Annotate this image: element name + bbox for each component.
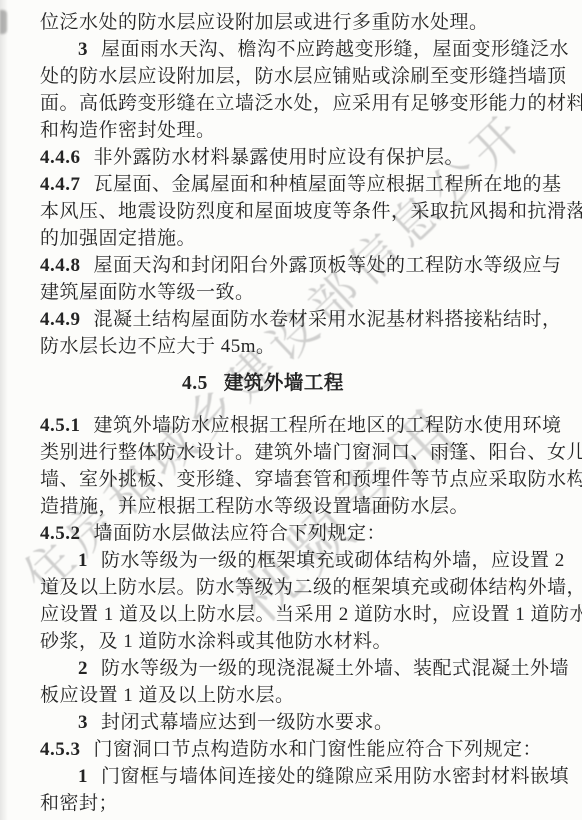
clause-number: 3 <box>78 39 88 60</box>
clause-number: 4.4.7 <box>40 174 81 195</box>
text-line: 的加强固定措施。 <box>40 225 548 252</box>
line-text: 类别进行整体防水设计。建筑外墙门窗洞口、雨篷、阳台、女儿 <box>40 442 582 463</box>
line-text: 面。高低跨变形缝在立墙泛水处，应采用有足够变形能力的材料 <box>40 93 582 114</box>
text-line: 面。高低跨变形缝在立墙泛水处，应采用有足够变形能力的材料 <box>40 90 548 117</box>
line-text: 应设置 1 道及以上防水层。当采用 2 道防水时，应设置 1 道防水 <box>40 604 582 625</box>
line-text: 瓦屋面、金属屋面和种植屋面等应根据工程所在地的基 <box>94 174 562 195</box>
clause-number: 4.5.3 <box>40 739 81 760</box>
scan-edge-smudge <box>0 10 7 34</box>
text-line: 本风压、地震设防烈度和屋面坡度等条件，采取抗风揭和抗滑落 <box>40 198 548 225</box>
clause-number: 4.4.6 <box>40 147 81 168</box>
line-text: 造措施，并应根据工程防水等级设置墙面防水层。 <box>40 496 469 517</box>
text-line: 墙、室外挑板、变形缝、穿墙套管和预埋件等节点应采取防水构 <box>40 466 548 493</box>
clause-number: 1 <box>78 766 88 787</box>
text-line: 防水层长边不应大于 45m。 <box>40 333 548 360</box>
text-line: 道及以上防水层。防水等级为二级的框架填充或砌体结构外墙， <box>40 574 548 601</box>
line-text: 防水等级为一级的框架填充或砌体结构外墙，应设置 2 <box>101 550 565 571</box>
clause-number: 4.5.2 <box>40 523 81 544</box>
line-text: 墙、室外挑板、变形缝、穿墙套管和预埋件等节点应采取防水构 <box>40 469 582 490</box>
section-heading: 4.5建筑外墙工程 <box>40 370 486 397</box>
text-line: 2防水等级为一级的现浇混凝土外墙、装配式混凝土外墙 <box>40 655 548 682</box>
text-line: 和密封； <box>40 790 548 817</box>
line-text: 防水等级为一级的现浇混凝土外墙、装配式混凝土外墙 <box>101 658 569 679</box>
clause-number: 4.4.9 <box>40 309 81 330</box>
scanned-document-page: 住房和城乡建设部信息公开 视频专用 位泛水处的防水层应设附加层或进行多重防水处理… <box>0 0 582 820</box>
line-text: 墙面防水层做法应符合下列规定： <box>94 523 387 544</box>
line-text: 和密封； <box>40 793 118 814</box>
line-text: 和构造作密封处理。 <box>40 120 216 141</box>
clause-number: 4.4.8 <box>40 255 81 276</box>
line-text: 封闭式幕墙应达到一级防水要求。 <box>101 712 394 733</box>
text-line: 4.4.7瓦屋面、金属屋面和种植屋面等应根据工程所在地的基 <box>40 171 548 198</box>
line-text: 门窗洞口节点构造防水和门窗性能应符合下列规定： <box>94 739 543 760</box>
text-line: 4.4.6非外露防水材料暴露使用时应设有保护层。 <box>40 144 548 171</box>
line-text: 屋面天沟和封闭阳台外露顶板等处的工程防水等级应与 <box>94 255 562 276</box>
text-line: 造措施，并应根据工程防水等级设置墙面防水层。 <box>40 493 548 520</box>
line-text: 处的防水层应设附加层，防水层应铺贴或涂刷至变形缝挡墙顶 <box>40 66 567 87</box>
line-text: 道及以上防水层。防水等级为二级的框架填充或砌体结构外墙， <box>40 577 582 598</box>
line-text: 屋面雨水天沟、檐沟不应跨越变形缝，屋面变形缝泛水 <box>101 39 569 60</box>
clause-number: 1 <box>78 550 88 571</box>
text-line: 3封闭式幕墙应达到一级防水要求。 <box>40 709 548 736</box>
text-line: 4.4.9混凝土结构屋面防水卷材采用水泥基材料搭接粘结时， <box>40 306 548 333</box>
clause-number: 4.5.1 <box>40 415 81 436</box>
line-text: 的加强固定措施。 <box>40 228 196 249</box>
line-text: 建筑外墙防水应根据工程所在地区的工程防水使用环境 <box>94 415 562 436</box>
text-line: 板应设置 1 道及以上防水层。 <box>40 682 548 709</box>
text-line: 类别进行整体防水设计。建筑外墙门窗洞口、雨篷、阳台、女儿 <box>40 439 548 466</box>
text-line: 3屋面雨水天沟、檐沟不应跨越变形缝，屋面变形缝泛水 <box>40 36 548 63</box>
scan-edge-shading <box>0 0 8 820</box>
text-line: 4.5.3门窗洞口节点构造防水和门窗性能应符合下列规定： <box>40 736 548 763</box>
line-text: 防水层长边不应大于 45m。 <box>40 336 276 357</box>
line-text: 本风压、地震设防烈度和屋面坡度等条件，采取抗风揭和抗滑落 <box>40 201 582 222</box>
line-text: 建筑屋面防水等级一致。 <box>40 282 255 303</box>
text-line: 1防水等级为一级的框架填充或砌体结构外墙，应设置 2 <box>40 547 548 574</box>
clause-number: 3 <box>78 712 88 733</box>
line-text: 门窗框与墙体间连接处的缝隙应采用防水密封材料嵌填 <box>101 766 569 787</box>
line-text: 板应设置 1 道及以上防水层。 <box>40 685 295 706</box>
text-line: 1门窗框与墙体间连接处的缝隙应采用防水密封材料嵌填 <box>40 763 548 790</box>
text-line: 处的防水层应设附加层，防水层应铺贴或涂刷至变形缝挡墙顶 <box>40 63 548 90</box>
line-text: 混凝土结构屋面防水卷材采用水泥基材料搭接粘结时， <box>94 309 562 330</box>
text-line: 4.5.2墙面防水层做法应符合下列规定： <box>40 520 548 547</box>
line-text: 建筑外墙工程 <box>224 373 344 394</box>
text-line: 应设置 1 道及以上防水层。当采用 2 道防水时，应设置 1 道防水 <box>40 601 548 628</box>
text-line: 4.4.8屋面天沟和封闭阳台外露顶板等处的工程防水等级应与 <box>40 252 548 279</box>
clause-number: 2 <box>78 658 88 679</box>
line-text: 位泛水处的防水层应设附加层或进行多重防水处理。 <box>40 12 489 33</box>
text-line: 4.5.1建筑外墙防水应根据工程所在地区的工程防水使用环境 <box>40 412 548 439</box>
section-number: 4.5 <box>182 373 208 394</box>
line-text: 砂浆，及 1 道防水涂料或其他防水材料。 <box>40 631 392 652</box>
line-text: 非外露防水材料暴露使用时应设有保护层。 <box>94 147 465 168</box>
document-body: 位泛水处的防水层应设附加层或进行多重防水处理。3屋面雨水天沟、檐沟不应跨越变形缝… <box>40 9 548 817</box>
text-line: 和构造作密封处理。 <box>40 117 548 144</box>
text-line: 建筑屋面防水等级一致。 <box>40 279 548 306</box>
text-line: 砂浆，及 1 道防水涂料或其他防水材料。 <box>40 628 548 655</box>
text-line: 位泛水处的防水层应设附加层或进行多重防水处理。 <box>40 9 548 36</box>
